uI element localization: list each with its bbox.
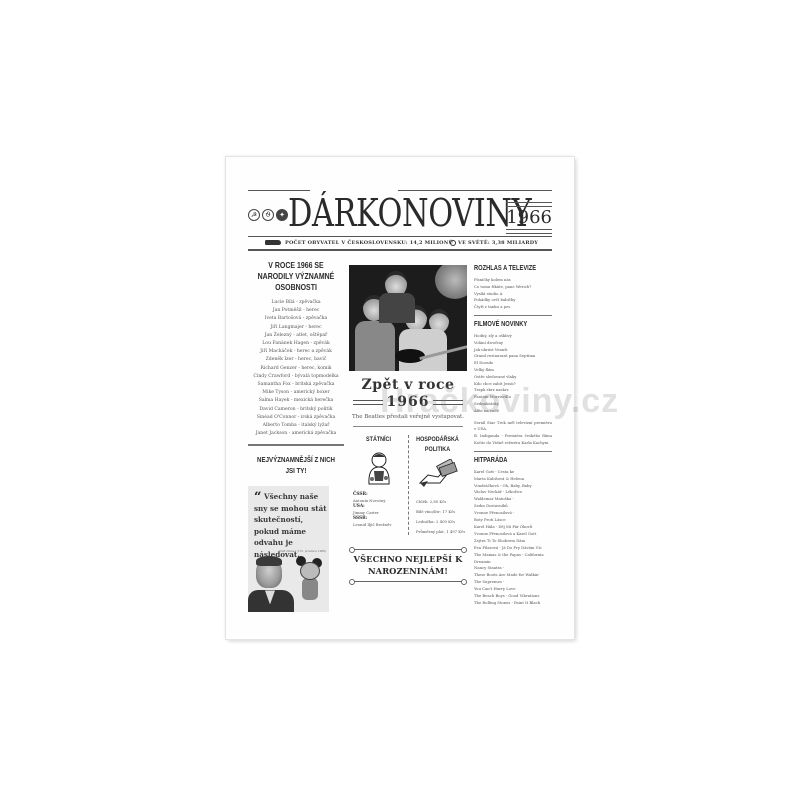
- list-item: El Dorado: [474, 360, 552, 367]
- list-item: Ostře sledované vlaky: [474, 374, 552, 381]
- list-item: Eva Pilarová - Já Do Fry Dávám Víc: [474, 545, 552, 552]
- list-item: Waldemar Matuška -: [474, 496, 552, 503]
- hammer-sickle-icon: ☭: [248, 209, 260, 221]
- headline-year-row: 1966: [349, 394, 467, 410]
- statesman-name: Leonid Iljič Brežněv: [353, 522, 408, 528]
- country-label: USA:: [353, 504, 365, 509]
- masthead-year-box: 1966: [506, 202, 552, 234]
- decorative-rule: [353, 400, 383, 405]
- ornament-rule: [351, 549, 465, 550]
- list-item: Vysílá studio A: [474, 291, 552, 298]
- statesmen-column: STÁTNÍCI ČSSR: Antonín Novotný: [349, 435, 408, 547]
- birthday-wish-text: VŠECHNO NEJLEPŠÍ K NAROZENINÁM!: [349, 550, 467, 581]
- radio-tv-heading: ROZHLAS A TELEVIZE: [474, 264, 538, 274]
- list-item: Pohádky ovčí babičky: [474, 297, 552, 304]
- list-item: Marta Kubišová & Helena: [474, 476, 552, 483]
- list-item: Fantom Morrisvillu: [474, 394, 552, 401]
- list-item: Chléb: 2,80 Kčs: [416, 497, 467, 507]
- economy-heading: HOSPODÁŘSKÁ POLITIKA: [413, 435, 461, 455]
- list-item: Zdeněk Izer - herec, bavič: [248, 356, 344, 364]
- list-item: The Supremes -: [474, 579, 552, 586]
- list-item: Lou Fanánek Hagen - zpěvák: [248, 340, 344, 348]
- list-item: Samantha Fox - britská zpěvačka: [248, 381, 344, 389]
- births-list: Lucie Bílá - zpěvačka Jan Potměšil - her…: [248, 299, 344, 438]
- list-item: Nancy Sinatra -: [474, 565, 552, 572]
- list-item: Sedmikrásky: [474, 401, 552, 408]
- list-item: The Mamas & the Papas - California: [474, 552, 552, 559]
- list-item: Zejtra Ti To Shobrem Dám: [474, 538, 552, 545]
- list-item: Trapk skrz naskrz: [474, 387, 552, 394]
- headline: Zpět v roce: [349, 377, 467, 393]
- newspaper-poster: ☭ ϑ ✦ DÁRKONOVINY 1966 POČET OBYVATEL V …: [226, 157, 574, 639]
- quote-box: “ Všechny naše sny se mohou stát skutečn…: [248, 486, 329, 612]
- list-item: Lednička: 2 400 Kčs: [416, 517, 467, 527]
- list-item: Iveta Bartošová - zpěvačka: [248, 315, 344, 323]
- hand-with-money-icon: [418, 459, 458, 487]
- headline-year: 1966: [387, 394, 430, 410]
- walt-disney-photo: [248, 554, 329, 612]
- radio-tv-list: Písničky kolem nás Co tomu říkáte, pane …: [474, 277, 552, 311]
- list-item: Co tomu říkáte, pane Werich?: [474, 284, 552, 291]
- list-item: Jak ukrást Venuši: [474, 347, 552, 354]
- list-item: Jiří Langmajer - herec: [248, 324, 344, 332]
- list-item: Boty Proti Lásce: [474, 517, 552, 524]
- list-item: Sedm Dostavníků: [474, 503, 552, 510]
- list-item: Bílé víno/litr: 17 Kčs: [416, 507, 467, 517]
- list-item: Písničky kolem nás: [474, 277, 552, 284]
- list-item: Čtyři z tanku a pes: [474, 304, 552, 311]
- population-text: POČET OBYVATEL V ČESKOSLOVENSKU: 14,2 MI…: [285, 237, 453, 249]
- politician-caricature-icon: [364, 451, 394, 485]
- left-column: V ROCE 1966 SE NARODILY VÝZNAMNÉ OSOBNOS…: [248, 260, 344, 612]
- list-item: Yvonne Přenosilová -: [474, 510, 552, 517]
- list-item: Mike Tyson - americký boxer: [248, 389, 344, 397]
- quote-attribution: Walt Disney (†15. prosince 1966): [279, 549, 326, 553]
- prices-list: Chléb: 2,80 Kčs Bílé víno/litr: 17 Kčs L…: [408, 497, 467, 537]
- country-label: SSSR:: [353, 516, 367, 521]
- statesmen-heading: STÁTNÍCI: [354, 435, 402, 445]
- list-item: Salma Hayek - mexická herečka: [248, 397, 344, 405]
- headline-subtitle: The Beatles přestali veřejně vystupovat.: [349, 413, 467, 422]
- list-item: Yvonne Přenosilová a Karel Gott: [474, 531, 552, 538]
- decorative-rule: [433, 400, 463, 405]
- list-item: Lucie Bílá - zpěvačka: [248, 299, 344, 307]
- list-item: You Can't Hurry Love: [474, 586, 552, 593]
- list-item: Jan Potměšil - herec: [248, 307, 344, 315]
- list-item: Richard Genzer - herec, komik: [248, 365, 344, 373]
- list-item: Karel Hála - Děj Mi Pár Okovů: [474, 524, 552, 531]
- world-population-text: VE SVĚTĚ: 3,38 MILIARDY: [458, 237, 538, 249]
- section-divider: [353, 426, 463, 427]
- list-item: Karel Gott - Cesta ke: [474, 469, 552, 476]
- globe-icon: [450, 240, 456, 246]
- country-label: ČSSR:: [353, 492, 368, 497]
- film-note: Seriál Star Trek měl televizní premiéru …: [474, 420, 552, 434]
- list-item: Průměrný plat: 1 497 Kčs: [416, 527, 467, 537]
- list-item: Vondráčková - Oh, Baby, Baby: [474, 483, 552, 490]
- list-item: Janet Jackson - americká zpěvačka: [248, 430, 344, 438]
- list-item: Václav Neckář - Lékořice: [474, 489, 552, 496]
- film-note: B. Indiganda - Premiéra českého filmu Ko…: [474, 433, 552, 447]
- list-item: Velký flám: [474, 367, 552, 374]
- newspaper-title: DÁRKONOVINY: [288, 192, 531, 234]
- section-divider: [474, 451, 552, 452]
- economy-column: HOSPODÁŘSKÁ POLITIKA Chléb: 2,80 Kčs Bíl…: [408, 435, 467, 547]
- statesmen-list: ČSSR: Antonín Novotný USA: Jimmy Carter …: [349, 491, 408, 528]
- list-item: These Boots Are Made for Walkin': [474, 572, 552, 579]
- list-item: David Cameron - britský politik: [248, 406, 344, 414]
- ornament-rule: [351, 581, 465, 582]
- masthead: ☭ ϑ ✦ DÁRKONOVINY 1966: [248, 192, 552, 234]
- films-list: Hoďný, zlý a ošklivý Volání divočiny Jak…: [474, 333, 552, 415]
- list-item: Jan Železný - atlet, oštěpař: [248, 332, 344, 340]
- list-item: Jiří Macháček - herec a zpěvák: [248, 348, 344, 356]
- year-rule-bottom: [506, 229, 552, 234]
- list-item: Grand restaurant pana Septima: [474, 353, 552, 360]
- masthead-year: 1966: [506, 207, 552, 229]
- section-divider: [474, 315, 552, 316]
- emblem-group: ☭ ϑ ✦: [248, 209, 288, 221]
- coat-of-arms-icon: ✦: [276, 209, 288, 221]
- list-item: The Rolling Stones - Paint It Black: [474, 600, 552, 607]
- list-item: Cindy Crawford - bývalá topmodelka: [248, 373, 344, 381]
- films-heading: FILMOVÉ NOVINKY: [474, 320, 538, 330]
- right-column: ROZHLAS A TELEVIZE Písničky kolem nás Co…: [474, 264, 552, 607]
- list-item: Dreamin: [474, 559, 552, 566]
- list-item: Hoďný, zlý a ošklivý: [474, 333, 552, 340]
- births-heading: V ROCE 1966 SE NARODILY VÝZNAMNÉ OSOBNOS…: [252, 260, 341, 293]
- info-bar: POČET OBYVATEL V ČESKOSLOVENSKU: 14,2 MI…: [248, 236, 552, 251]
- facts-section: STÁTNÍCI ČSSR: Antonín Novotný: [349, 435, 467, 547]
- hit-parade-list: Karel Gott - Cesta ke Marta Kubišová & H…: [474, 469, 552, 607]
- middle-column: Zpět v roce 1966 The Beatles přestali ve…: [349, 265, 467, 582]
- list-item: Alfie na vodě: [474, 408, 552, 415]
- birthday-wish: VŠECHNO NEJLEPŠÍ K NAROZENINÁM!: [349, 549, 467, 582]
- section-divider: [248, 444, 344, 446]
- list-item: Sinéad O'Connor - irská zpěvačka: [248, 414, 344, 422]
- list-item: Alberto Tomba - italský lyžař: [248, 422, 344, 430]
- you-heading: NEJVÝZNAMNĚJŠÍ Z NICH JSI TY!: [257, 454, 336, 476]
- list-item: The Beach Boys - Good Vibrations: [474, 593, 552, 600]
- list-item: Volání divočiny: [474, 340, 552, 347]
- czechoslovakia-map-icon: [265, 240, 281, 245]
- beatles-photo: [349, 265, 467, 371]
- profile-emblem-icon: ϑ: [262, 209, 274, 221]
- hit-parade-heading: HITPARÁDA: [474, 456, 538, 466]
- list-item: Kdo chce zabít Jessii?: [474, 381, 552, 388]
